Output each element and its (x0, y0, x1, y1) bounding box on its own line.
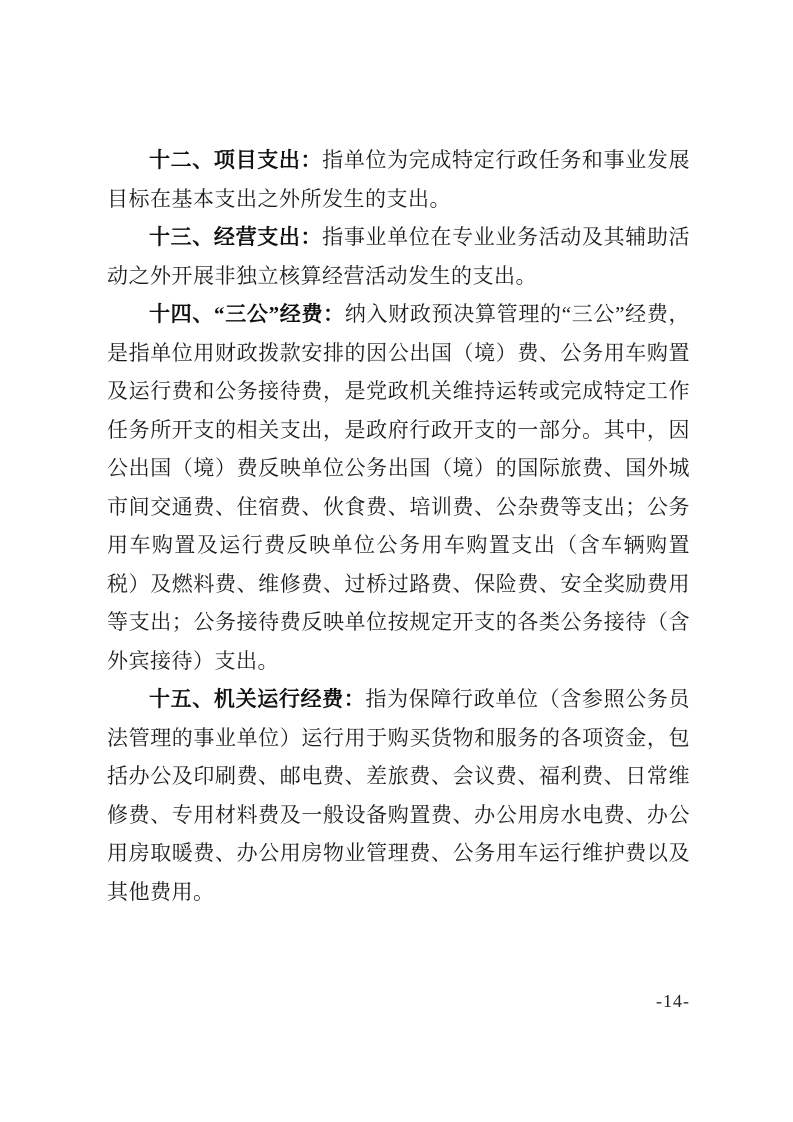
paragraph-heading: 十三、经营支出： (149, 225, 322, 249)
paragraph-text: 指为保障行政单位（含参照公务员法管理的事业单位）运行用于购买货物和服务的各项资金… (107, 687, 690, 904)
paragraph-operating-expenditure: 十三、经营支出：指事业单位在专业业务活动及其辅助活动之外开展非独立核算经营活动发… (107, 218, 690, 295)
page-number: -14- (648, 991, 698, 1012)
paragraph-three-public-funds: 十四、“三公”经费：纳入财政预决算管理的“三公”经费，是指单位用财政拨款安排的因… (107, 295, 690, 680)
paragraph-heading: 十四、“三公”经费： (149, 302, 345, 326)
paragraph-heading: 十二、项目支出： (149, 148, 322, 172)
paragraph-agency-operating-funds: 十五、机关运行经费：指为保障行政单位（含参照公务员法管理的事业单位）运行用于购买… (107, 680, 690, 911)
document-page: 十二、项目支出：指单位为完成特定行政任务和事业发展目标在基本支出之外所发生的支出… (0, 0, 793, 1122)
document-body: 十二、项目支出：指单位为完成特定行政任务和事业发展目标在基本支出之外所发生的支出… (107, 141, 690, 911)
paragraph-item-expenditure: 十二、项目支出：指单位为完成特定行政任务和事业发展目标在基本支出之外所发生的支出… (107, 141, 690, 218)
paragraph-heading: 十五、机关运行经费： (149, 687, 365, 711)
paragraph-text: 纳入财政预决算管理的“三公”经费，是指单位用财政拨款安排的因公出国（境）费、公务… (107, 302, 690, 673)
